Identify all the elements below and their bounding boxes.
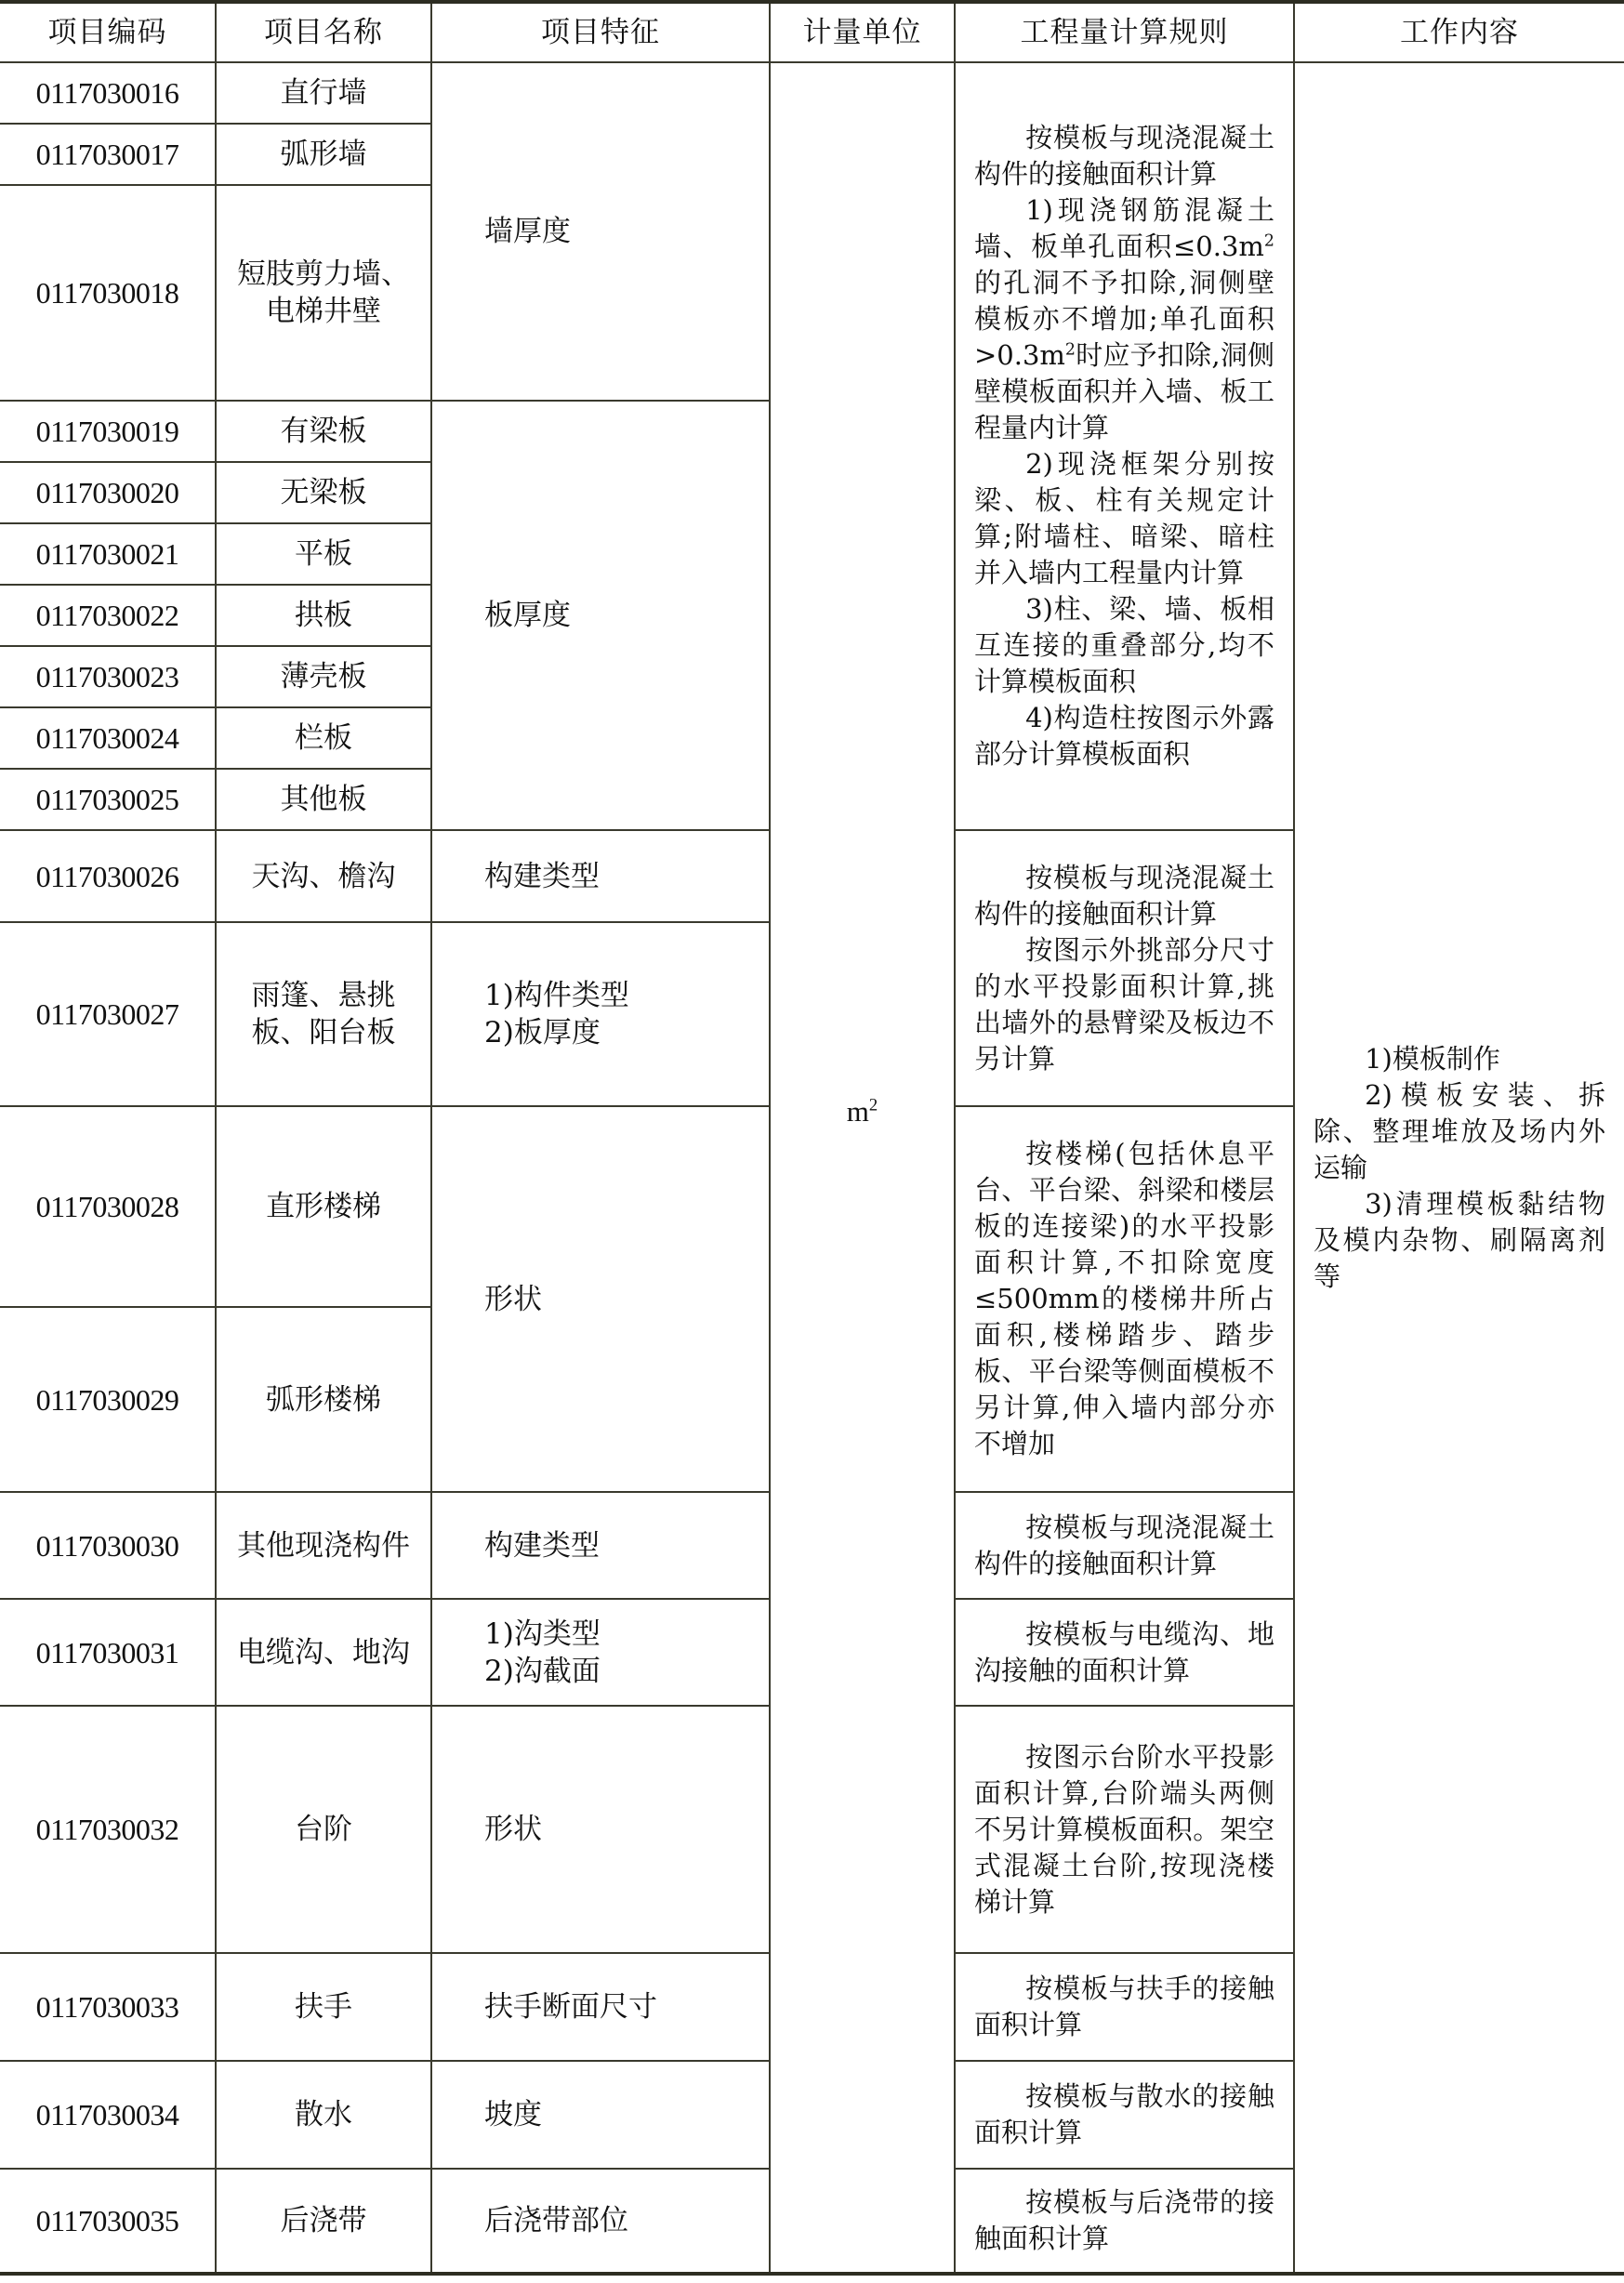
item-name: 薄壳板 [216,646,431,707]
item-code: 0117030033 [0,1953,216,2061]
rule-item-1: 1)现浇钢筋混凝土墙、板单孔面积≤0.3m2的孔洞不予扣除,洞侧壁模板亦不增加;… [974,192,1274,446]
work-content-cell: 1)模板制作 2)模板安装、拆除、整理堆放及场内外运输 3)清理模板黏结物及模内… [1294,62,1624,2274]
item-name: 扶手 [216,1953,431,2061]
work-item-3: 3)清理模板黏结物及模内杂物、刷隔离剂等 [1314,1186,1605,1295]
rule-intro: 按模板与现浇混凝土构件的接触面积计算 [974,120,1274,192]
item-name: 弧形墙 [216,124,431,185]
formwork-quantity-table-container: 项目编码 项目名称 项目特征 计量单位 工程量计算规则 工作内容 0117030… [0,0,1624,2283]
rule-handrail: 按模板与扶手的接触面积计算 [955,1953,1294,2061]
item-feature-wall: 墙厚度 [431,62,770,401]
item-feature: 构建类型 [431,830,770,922]
item-code: 0117030031 [0,1599,216,1706]
item-name: 栏板 [216,707,431,769]
rule-post-pour: 按模板与后浇带的接触面积计算 [955,2169,1294,2274]
item-name: 平板 [216,523,431,585]
item-name: 无梁板 [216,462,431,523]
rule-text: 按楼梯(包括休息平台、平台梁、斜梁和楼层板的连接梁)的水平投影面积计算,不扣除宽… [974,1136,1274,1462]
feature-line-1: 1)构件类型 [484,977,769,1014]
item-name: 其他现浇构件 [216,1492,431,1599]
header-unit: 计量单位 [770,2,955,62]
rule-item-2: 2)现浇框架分别按梁、板、柱有关规定计算;附墙柱、暗梁、暗柱并入墙内工程量内计算 [974,446,1274,591]
rule-text: 按模板与扶手的接触面积计算 [974,1971,1274,2043]
item-feature-stair: 形状 [431,1106,770,1492]
item-name: 电缆沟、地沟 [216,1599,431,1706]
item-code: 0117030026 [0,830,216,922]
rule-text: 按图示台阶水平投影面积计算,台阶端头两侧不另计算模板面积。架空式混凝土台阶,按现… [974,1739,1274,1920]
rule-text: 按模板与后浇带的接触面积计算 [974,2184,1274,2257]
item-code: 0117030029 [0,1307,216,1492]
item-name: 弧形楼梯 [216,1307,431,1492]
item-code: 0117030025 [0,769,216,830]
rule-text: 按模板与电缆沟、地沟接触的面积计算 [974,1617,1274,1689]
rule-item-4: 4)构造柱按图示外露部分计算模板面积 [974,700,1274,772]
item-code: 0117030019 [0,401,216,462]
item-name: 散水 [216,2061,431,2169]
rule-detail: 按图示外挑部分尺寸的水平投影面积计算,挑出墙外的悬臂梁及板边不另计算 [974,932,1274,1077]
rule-intro: 按模板与现浇混凝土构件的接触面积计算 [974,860,1274,932]
item-code: 0117030030 [0,1492,216,1599]
rule-other: 按模板与现浇混凝土构件的接触面积计算 [955,1492,1294,1599]
item-name: 天沟、檐沟 [216,830,431,922]
item-name: 台阶 [216,1706,431,1953]
rule-wall-slab: 按模板与现浇混凝土构件的接触面积计算 1)现浇钢筋混凝土墙、板单孔面积≤0.3m… [955,62,1294,830]
item-name: 拱板 [216,585,431,646]
item-feature: 1)沟类型 2)沟截面 [431,1599,770,1706]
item-code: 0117030016 [0,62,216,124]
item-code: 0117030024 [0,707,216,769]
item-code: 0117030035 [0,2169,216,2274]
item-name: 有梁板 [216,401,431,462]
header-rule: 工程量计算规则 [955,2,1294,62]
item-name: 其他板 [216,769,431,830]
unit-superscript: 2 [869,1096,878,1115]
unit-base: m [847,1095,869,1128]
superscript: 2 [1264,231,1274,250]
work-item-1: 1)模板制作 [1314,1041,1605,1077]
item-code: 0117030018 [0,185,216,401]
item-name: 后浇带 [216,2169,431,2274]
unit-value: m2 [847,1093,878,1130]
rule-text: 按模板与现浇混凝土构件的接触面积计算 [974,1510,1274,1582]
header-row: 项目编码 项目名称 项目特征 计量单位 工程量计算规则 工作内容 [0,2,1624,62]
rule-gutter-canopy: 按模板与现浇混凝土构件的接触面积计算 按图示外挑部分尺寸的水平投影面积计算,挑出… [955,830,1294,1106]
formwork-quantity-table: 项目编码 项目名称 项目特征 计量单位 工程量计算规则 工作内容 0117030… [0,0,1624,2276]
item-feature: 构建类型 [431,1492,770,1599]
item-name: 短肢剪力墙、电梯井壁 [216,185,431,401]
work-item-2: 2)模板安装、拆除、整理堆放及场内外运输 [1314,1077,1605,1186]
feature-line-2: 2)沟截面 [484,1653,769,1690]
table-row: 0117030016 直行墙 墙厚度 m2 按模板与现浇混凝土构件的接触面积计算… [0,62,1624,124]
rule-text: 按模板与散水的接触面积计算 [974,2078,1274,2151]
superscript: 2 [1065,340,1076,359]
header-code: 项目编码 [0,2,216,62]
item-code: 0117030017 [0,124,216,185]
header-work: 工作内容 [1294,2,1624,62]
item-code: 0117030032 [0,1706,216,1953]
header-name: 项目名称 [216,2,431,62]
rule-trench: 按模板与电缆沟、地沟接触的面积计算 [955,1599,1294,1706]
item-name: 直行墙 [216,62,431,124]
item-code: 0117030022 [0,585,216,646]
item-code: 0117030020 [0,462,216,523]
item-code: 0117030028 [0,1106,216,1307]
item-name: 直形楼梯 [216,1106,431,1307]
item-feature: 后浇带部位 [431,2169,770,2274]
rule-apron: 按模板与散水的接触面积计算 [955,2061,1294,2169]
item-feature: 1)构件类型 2)板厚度 [431,922,770,1106]
item-feature-slab: 板厚度 [431,401,770,830]
item-code: 0117030027 [0,922,216,1106]
feature-line-1: 1)沟类型 [484,1616,769,1653]
item-code: 0117030021 [0,523,216,585]
header-feature: 项目特征 [431,2,770,62]
feature-line-2: 2)板厚度 [484,1014,769,1051]
item-code: 0117030023 [0,646,216,707]
item-feature: 坡度 [431,2061,770,2169]
item-code: 0117030034 [0,2061,216,2169]
item-feature: 形状 [431,1706,770,1953]
unit-cell: m2 [770,62,955,2274]
rule-item-1-part-a: 1)现浇钢筋混凝土墙、板单孔面积≤0.3m [974,194,1274,262]
rule-stair: 按楼梯(包括休息平台、平台梁、斜梁和楼层板的连接梁)的水平投影面积计算,不扣除宽… [955,1106,1294,1492]
item-feature: 扶手断面尺寸 [431,1953,770,2061]
rule-item-3: 3)柱、梁、墙、板相互连接的重叠部分,均不计算模板面积 [974,591,1274,700]
rule-step: 按图示台阶水平投影面积计算,台阶端头两侧不另计算模板面积。架空式混凝土台阶,按现… [955,1706,1294,1953]
item-name: 雨篷、悬挑板、阳台板 [216,922,431,1106]
